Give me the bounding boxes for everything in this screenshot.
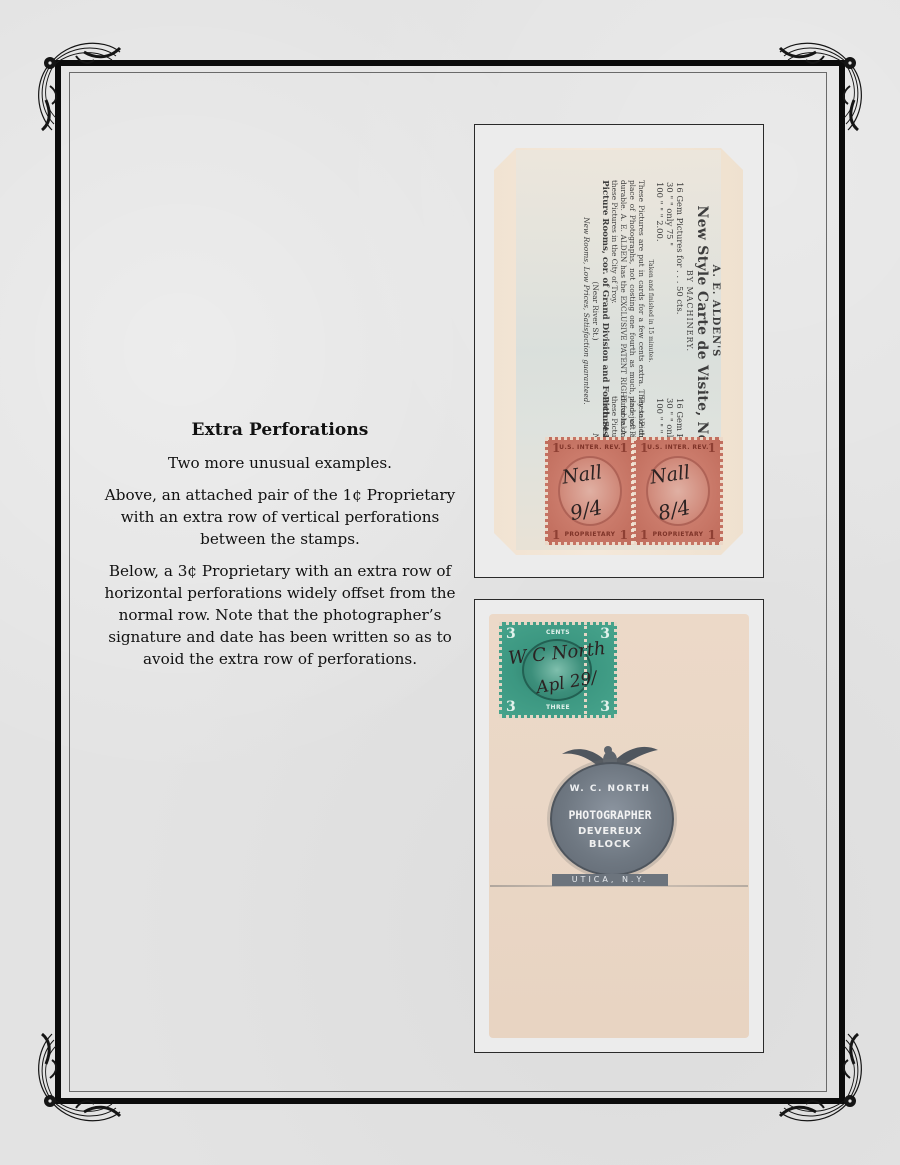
photographer-name: W. C. NORTH [538,784,682,794]
stamp-bottom-caption: PROPRIETARY [636,531,720,538]
corner-flourish-icon [762,30,872,140]
photographer-imprint: W. C. NORTH PHOTOGRAPHER DEVEREUX BLOCK … [538,736,682,886]
stamp-bottom-caption: PROPRIETARY [548,531,632,538]
intro-paragraph: Two more unusual examples. [100,452,460,474]
stamp-denomination: 3 [506,626,516,642]
lower-item-description: Below, a 3¢ Proprietary with an extra ro… [100,560,460,670]
stamp-denomination: 1 [708,441,716,455]
stamp-denomination: 1 [620,441,628,455]
studio-city: UTICA, N.Y. [552,874,668,886]
extra-vertical-perforation-row [631,440,638,544]
one-cent-proprietary-stamp-right: U.S. INTER. REV. 1 1 1 1 PROPRIETARY Nal… [633,437,723,545]
stamp-denomination: 1 [640,441,648,455]
stamp-bottom-caption: THREE [502,704,614,711]
page-title: Extra Perforations [100,420,460,440]
stamp-top-caption: CENTS [502,629,614,636]
one-cent-proprietary-stamp-left: U.S. INTER. REV. 1 1 1 1 PROPRIETARY Nal… [545,437,635,545]
studio-location-line-2: BLOCK [538,839,682,850]
extra-perforation-row [584,626,591,714]
description-column: Extra Perforations Two more unusual exam… [100,420,460,680]
corner-flourish-icon [28,30,138,140]
stamp-denomination: 1 [552,441,560,455]
upper-item-description: Above, an attached pair of the 1¢ Propri… [100,484,460,550]
corner-flourish-icon [762,1024,872,1134]
photographer-profession: PHOTOGRAPHER [538,808,682,822]
three-cent-proprietary-stamp: CENTS 3 3 3 3 THREE W C North Apl 29/ [499,622,617,718]
studio-location-line-1: DEVEREUX [538,826,682,837]
corner-flourish-icon [28,1024,138,1134]
